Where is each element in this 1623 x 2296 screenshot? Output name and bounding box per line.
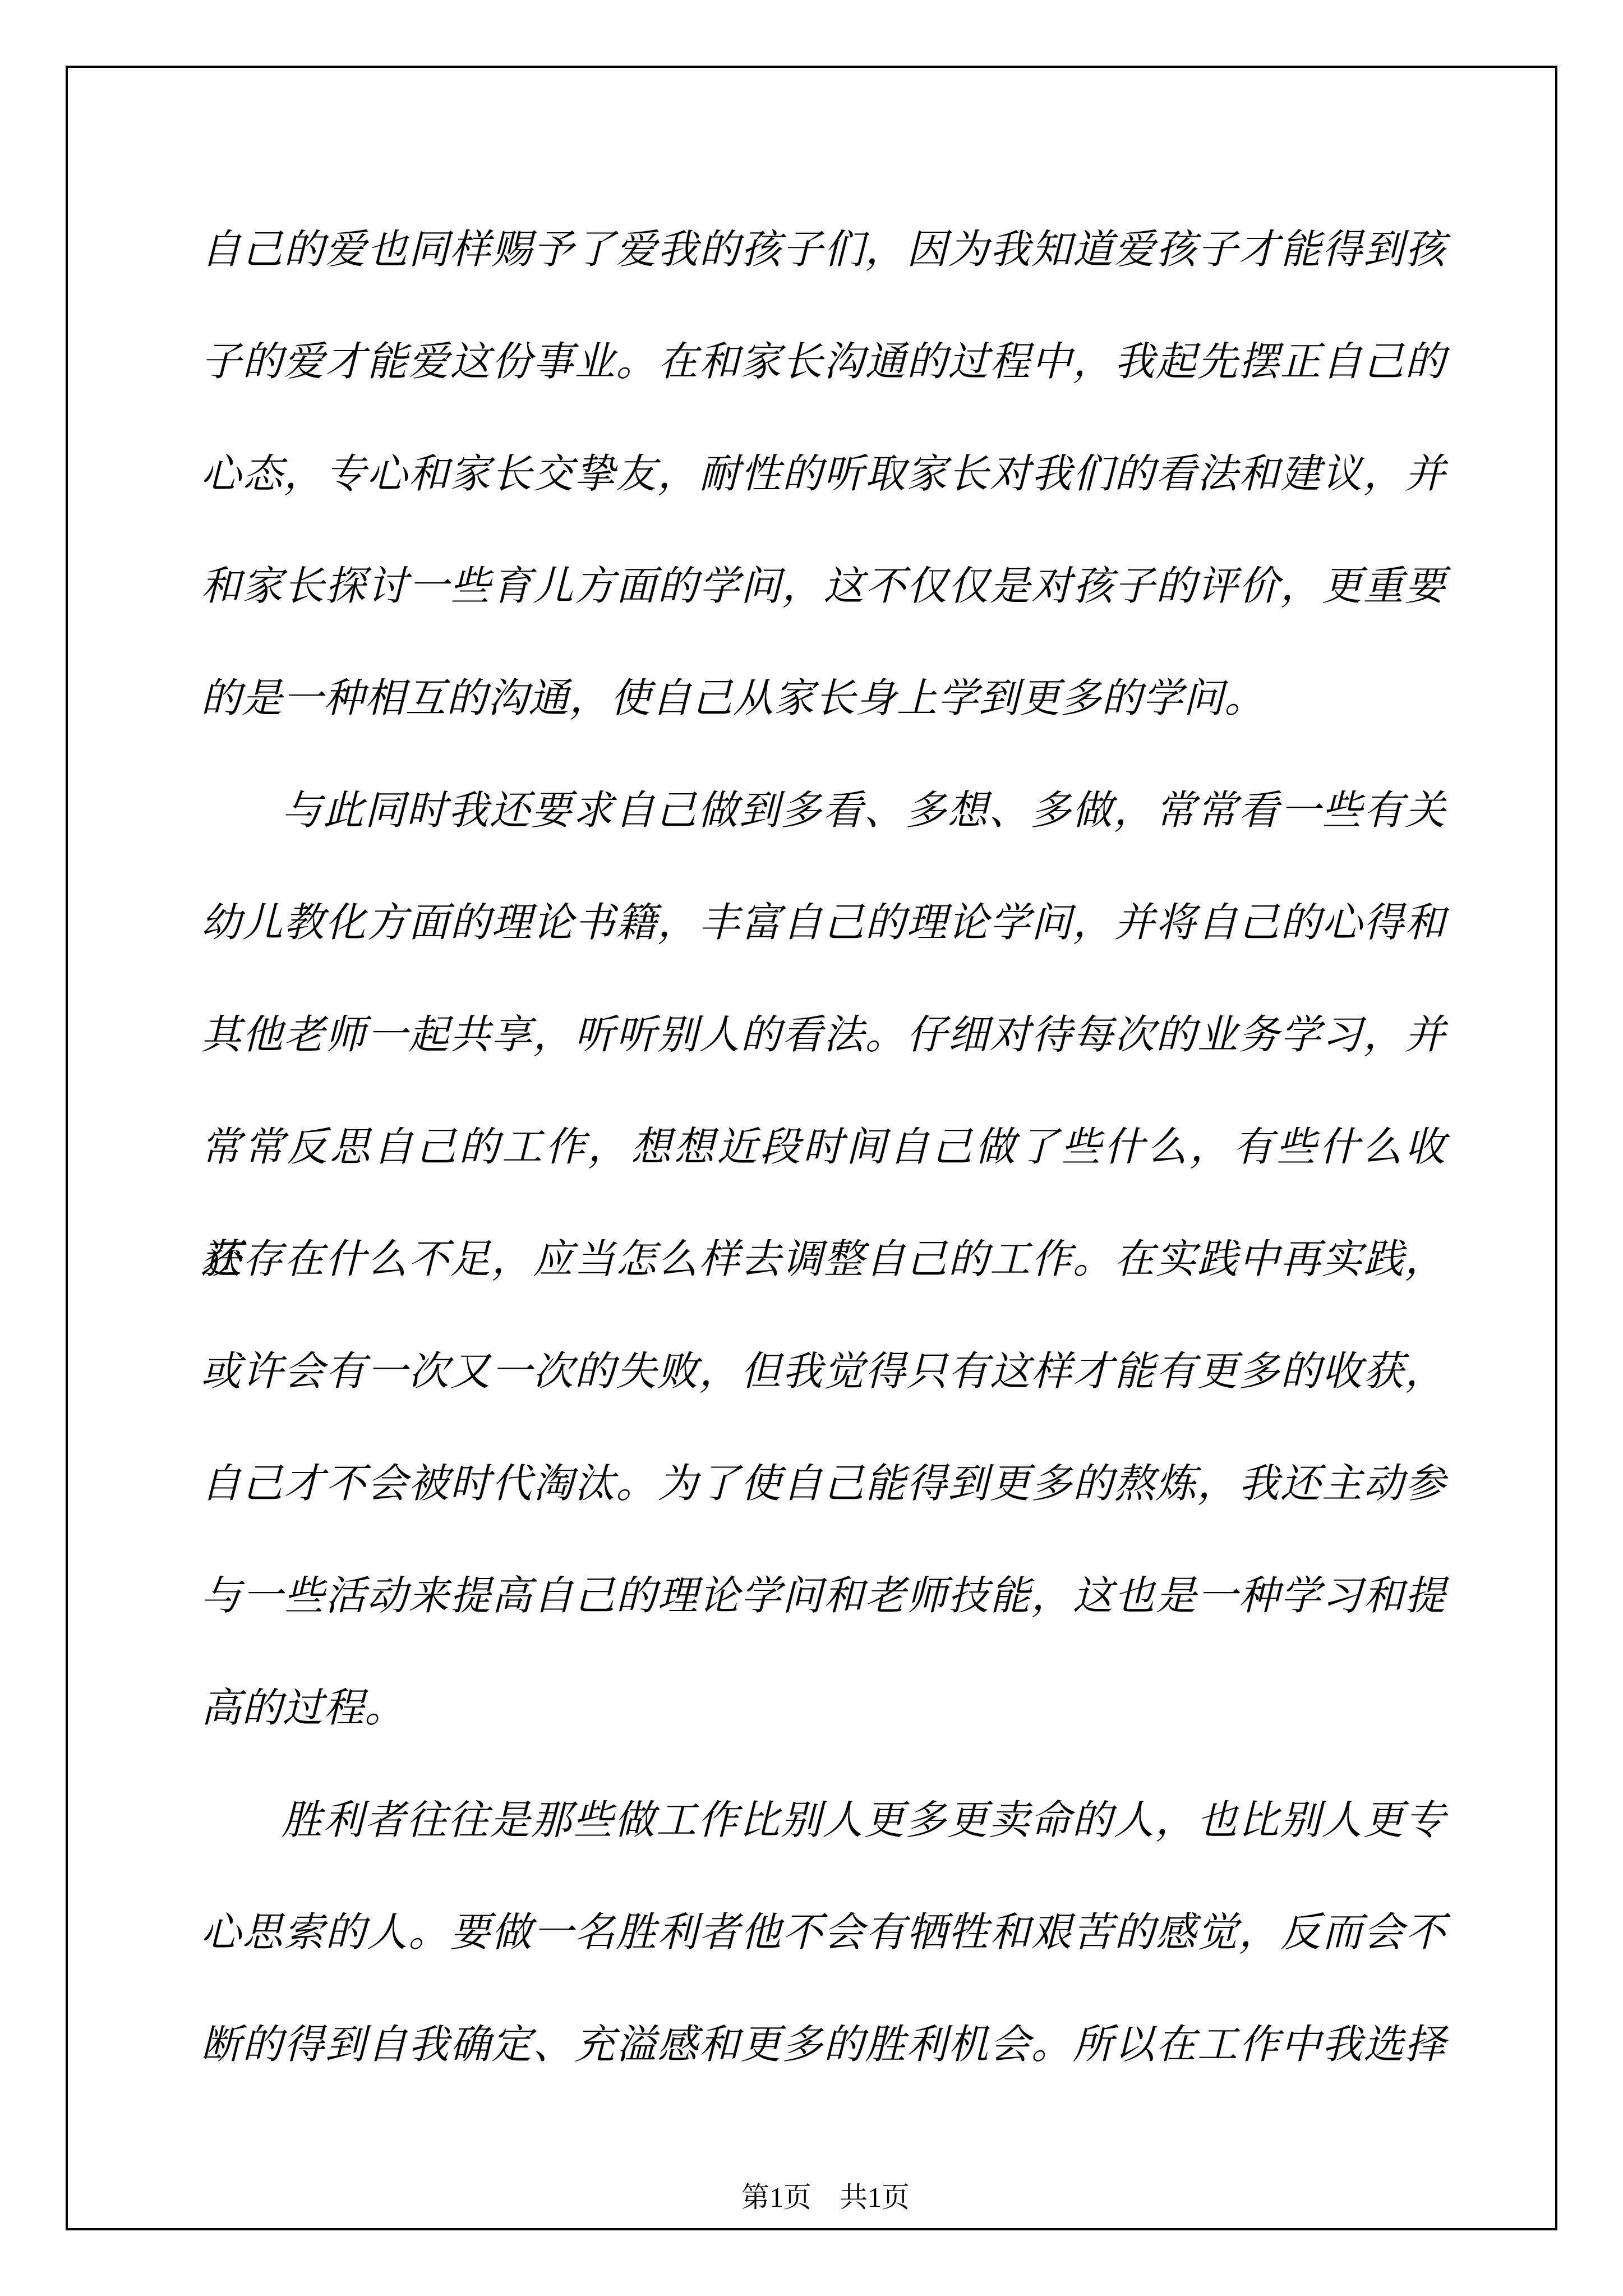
document-body: 自己的爱也同样赐予了爱我的孩子们，因为我知道爱孩子才能得到孩子的爱才能爱这份事业…	[201, 194, 1446, 2101]
text-line: 幼儿教化方面的理论书籍，丰富自己的理论学问，并将自己的心得和	[201, 867, 1446, 979]
text-line: 或许会有一次又一次的失败，但我觉得只有这样才能有更多的收获，	[201, 1315, 1446, 1428]
text-line: 高的过程。	[201, 1652, 1446, 1764]
document-page: 自己的爱也同样赐予了爱我的孩子们，因为我知道爱孩子才能得到孩子的爱才能爱这份事业…	[0, 0, 1623, 2296]
text-line: 与一些活动来提高自己的理论学问和老师技能，这也是一种学习和提	[201, 1540, 1446, 1652]
text-line: 与此同时我还要求自己做到多看、多想、多做，常常看一些有关	[201, 754, 1446, 867]
text-line: 其他老师一起共享，听听别人的看法。仔细对待每次的业务学习，并	[201, 979, 1446, 1091]
text-line: 的是一种相互的沟通，使自己从家长身上学到更多的学问。	[201, 642, 1446, 754]
text-line: 心态，专心和家长交挚友，耐性的听取家长对我们的看法和建议，并	[201, 418, 1446, 530]
page-number-label: 第1页 共1页	[741, 2182, 910, 2213]
text-line: 常常反思自己的工作，想想近段时间自己做了些什么，有些什么收获，	[201, 1091, 1446, 1203]
text-line: 自己才不会被时代淘汰。为了使自己能得到更多的熬炼，我还主动参	[201, 1428, 1446, 1540]
text-line: 和家长探讨一些育儿方面的学问，这不仅仅是对孩子的评价，更重要	[201, 530, 1446, 642]
text-line: 断的得到自我确定、充溢感和更多的胜利机会。所以在工作中我选择	[201, 1989, 1446, 2101]
text-line: 还存在什么不足，应当怎么样去调整自己的工作。在实践中再实践，	[201, 1203, 1446, 1315]
page-footer: 第1页 共1页	[0, 2122, 1623, 2273]
text-line: 心思索的人。要做一名胜利者他不会有牺牲和艰苦的感觉，反而会不	[201, 1876, 1446, 1989]
text-line: 胜利者往往是那些做工作比别人更多更卖命的人，也比别人更专	[201, 1764, 1446, 1876]
text-line: 自己的爱也同样赐予了爱我的孩子们，因为我知道爱孩子才能得到孩	[201, 194, 1446, 306]
text-line: 子的爱才能爱这份事业。在和家长沟通的过程中，我起先摆正自己的	[201, 306, 1446, 418]
